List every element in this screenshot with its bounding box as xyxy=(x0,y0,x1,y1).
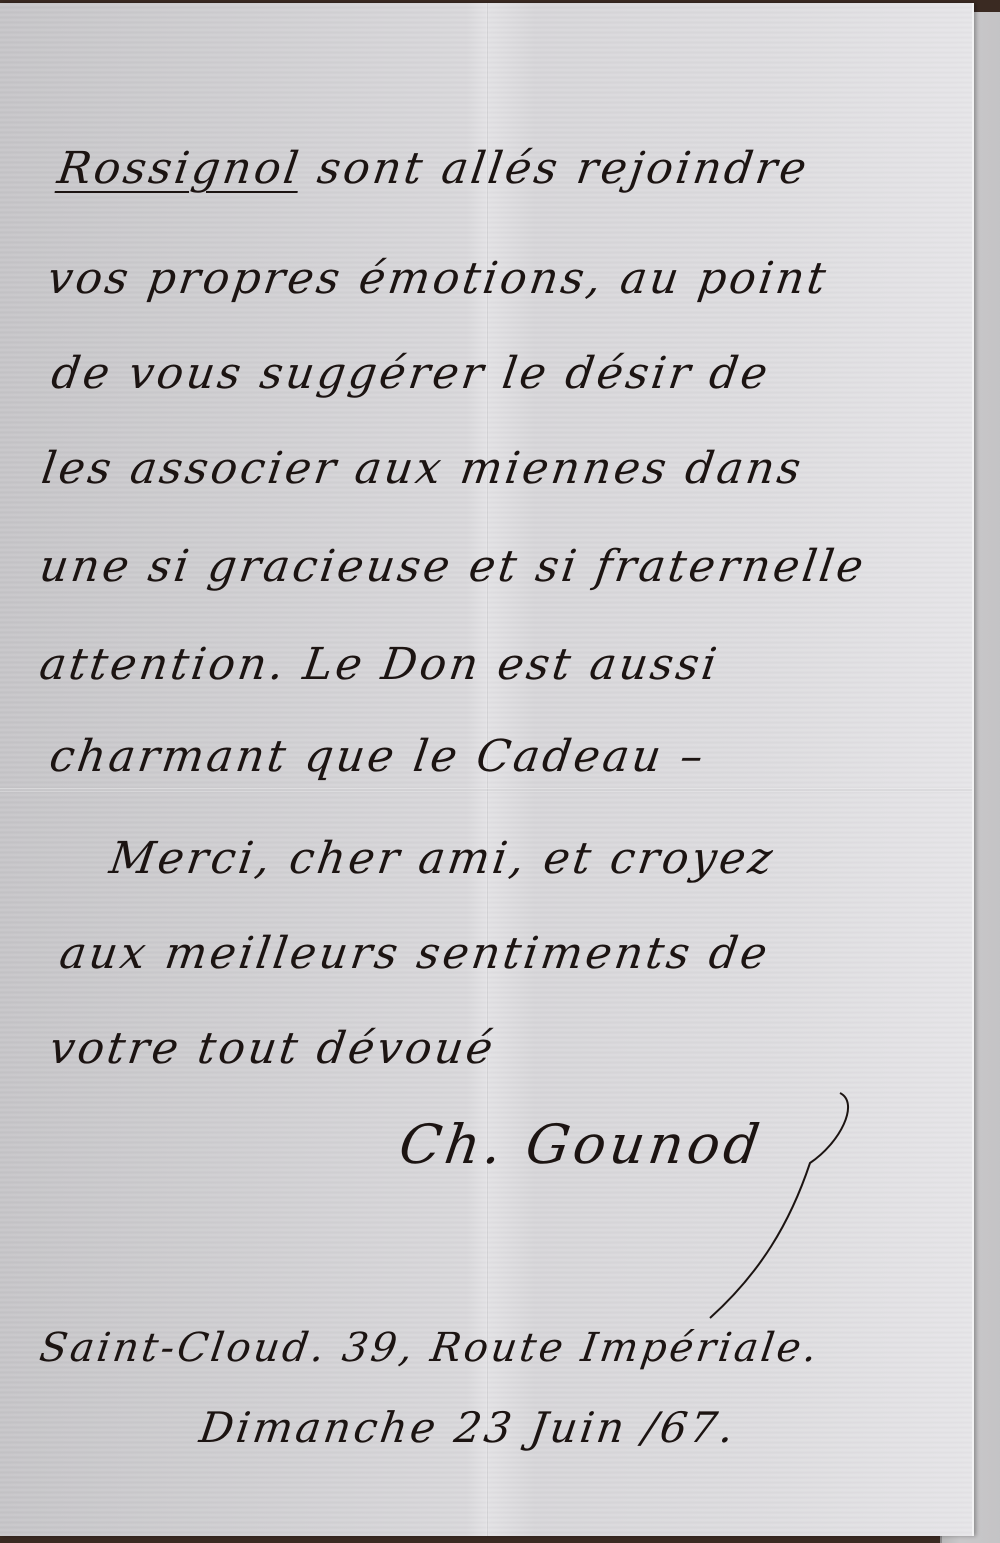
letter-page: Rossignol sont allés rejoindre vos propr… xyxy=(0,3,974,1536)
letter-line-9: aux meilleurs sentiments de xyxy=(56,928,773,979)
signature-flourish-icon xyxy=(700,1083,860,1323)
date-line: Dimanche 23 Juin /67. xyxy=(197,1403,740,1452)
letter-line-5: une si gracieuse et si fraternelle xyxy=(36,541,869,592)
letter-line-8: Merci, cher ami, et croyez xyxy=(106,833,778,884)
letter-line-4: les associer aux miennes dans xyxy=(38,443,806,494)
underlined-word: Rossignol xyxy=(54,143,304,194)
letter-line-6: attention. Le Don est aussi xyxy=(36,639,722,690)
letter-line-2: vos propres émotions, au point xyxy=(44,253,831,304)
letter-line-7: charmant que le Cadeau – xyxy=(46,731,709,782)
letter-line-3: de vous suggérer le désir de xyxy=(48,348,773,399)
letter-line-10: votre tout dévoué xyxy=(46,1023,498,1074)
address-line: Saint-Cloud. 39, Route Impériale. xyxy=(37,1325,823,1371)
horizontal-fold-crease xyxy=(0,788,972,792)
letter-line-1: Rossignol sont allés rejoindre xyxy=(54,143,812,194)
